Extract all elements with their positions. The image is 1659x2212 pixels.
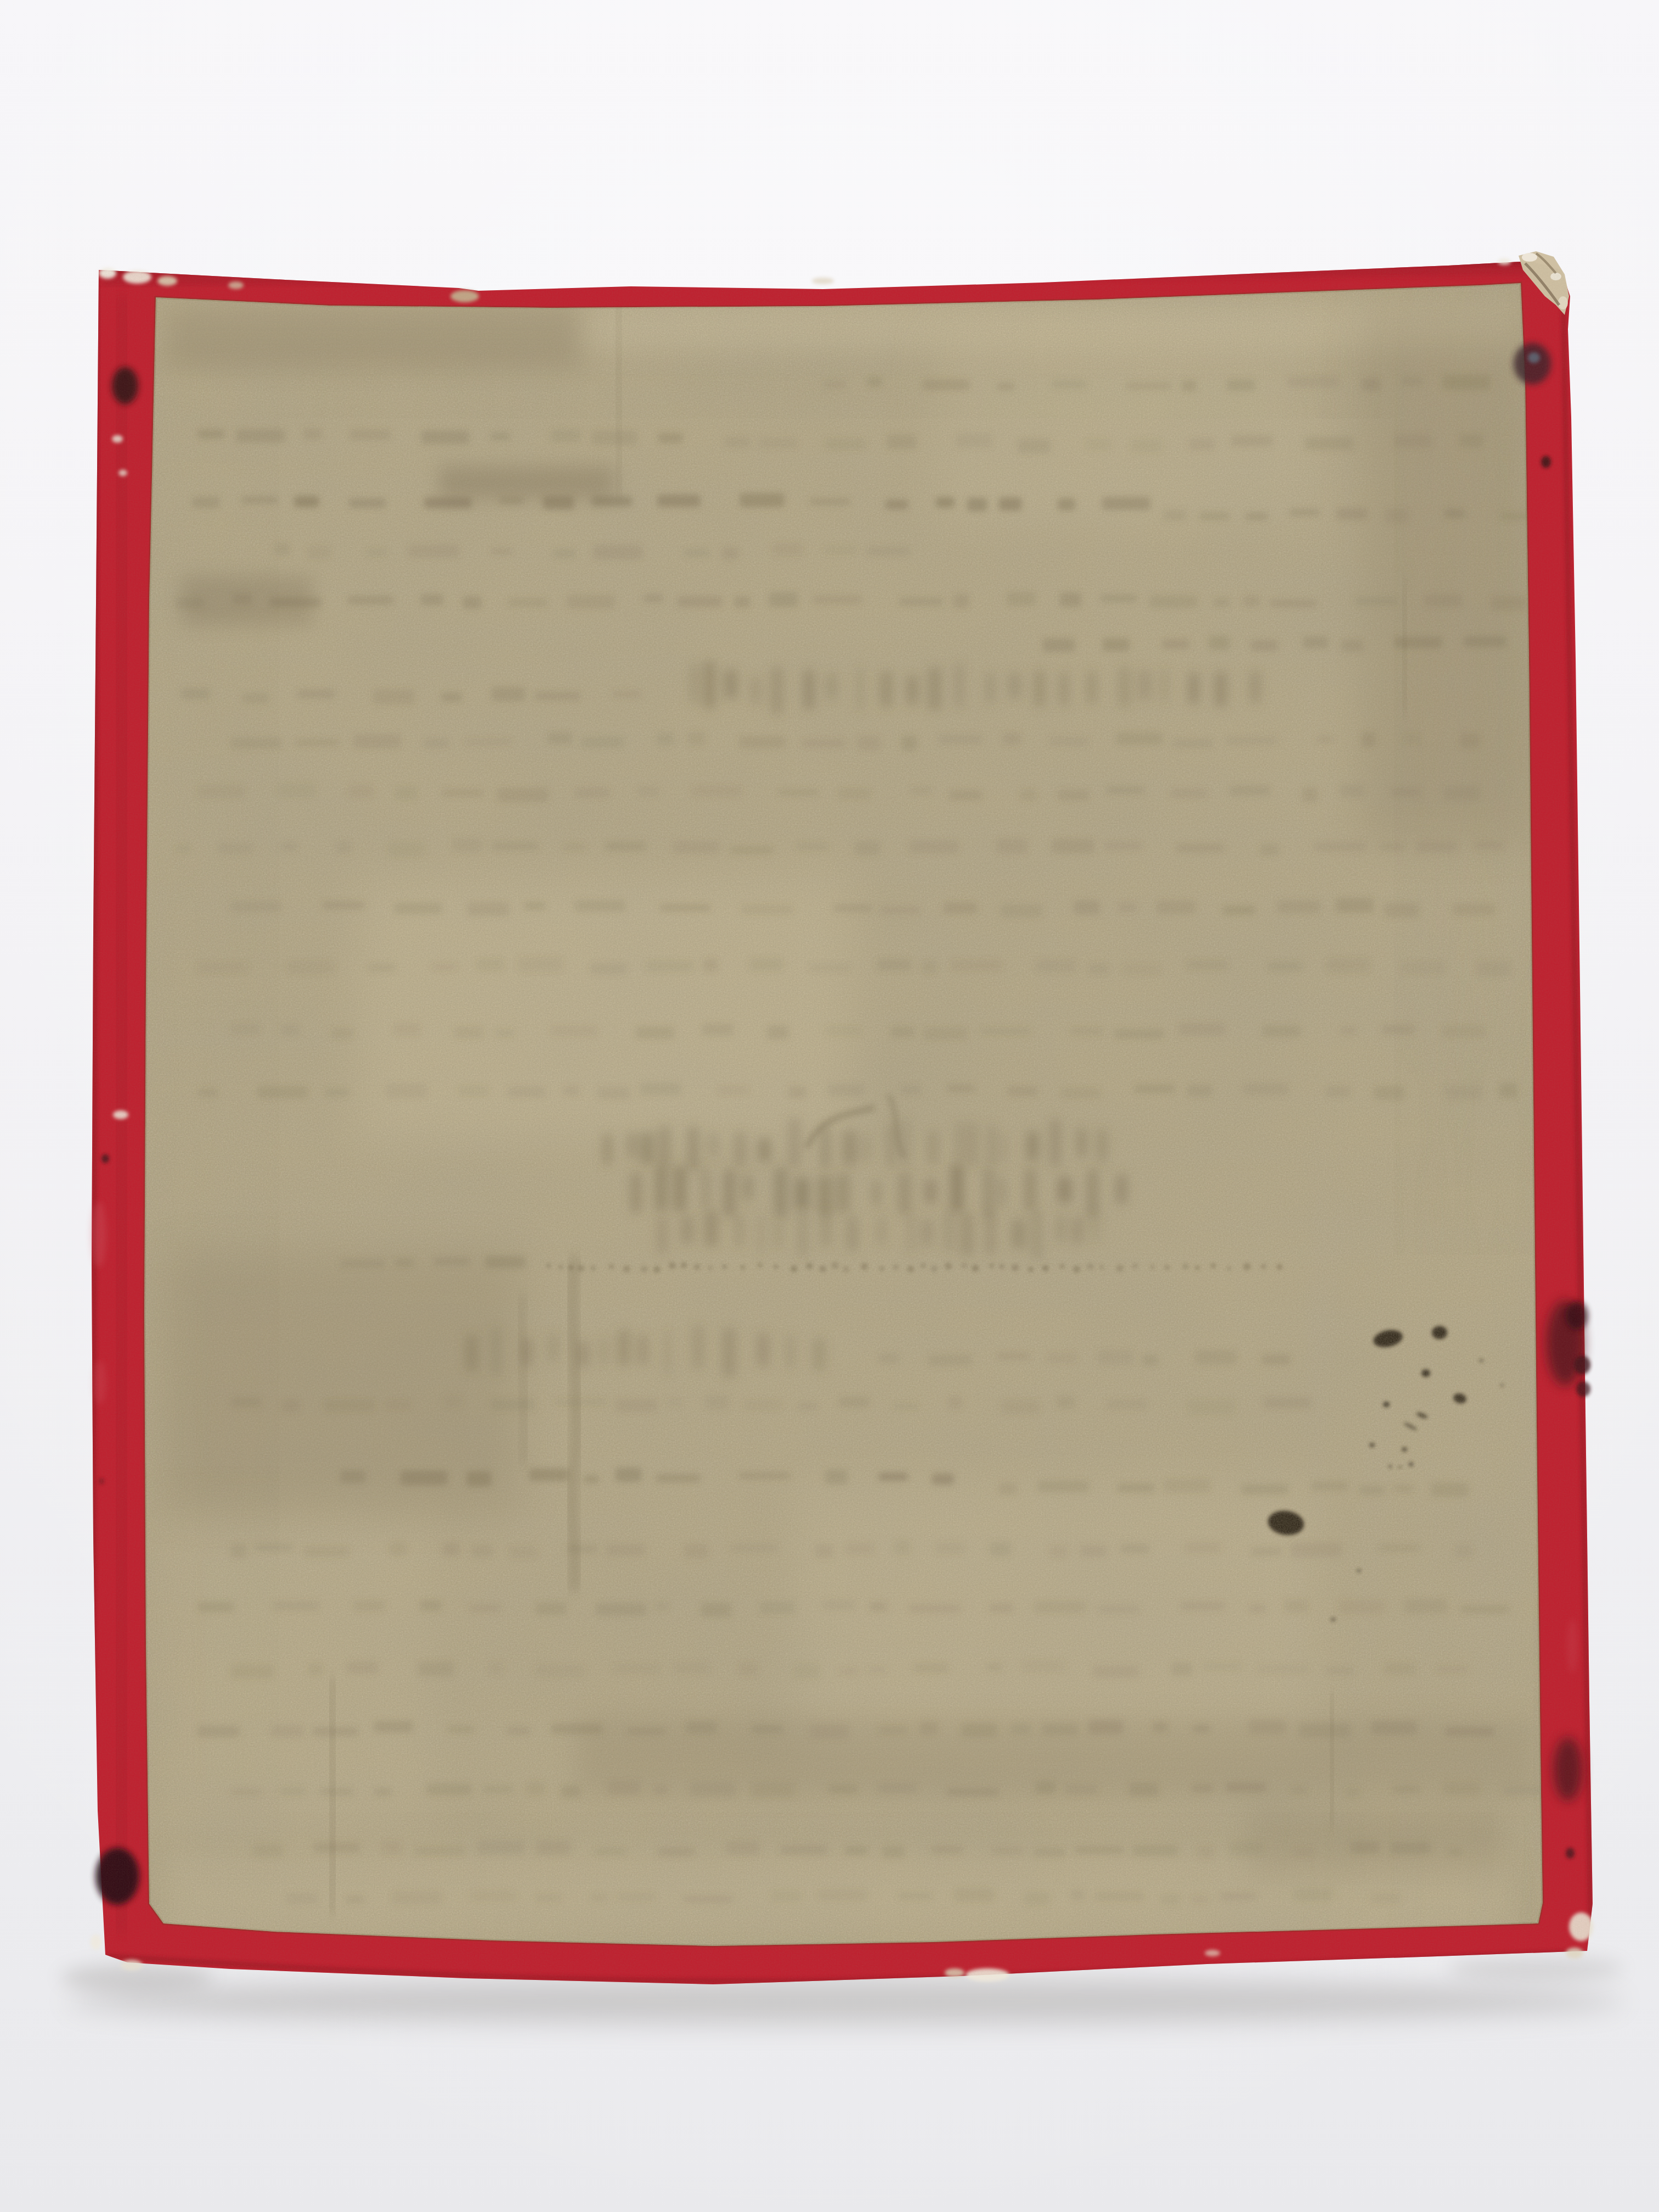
paint-chip xyxy=(812,278,834,284)
photo xyxy=(0,0,1659,2212)
photo-scene xyxy=(0,0,1659,2212)
box-lid xyxy=(88,251,1596,1991)
paint-chip xyxy=(91,1934,101,1950)
corner-chip-white xyxy=(1522,253,1537,262)
lid-grain-overlay xyxy=(88,258,1596,1991)
contact-shadow-right xyxy=(1448,1956,1624,1980)
contact-shadow xyxy=(66,1978,1624,2024)
texture-grain-lid xyxy=(88,258,1596,1991)
